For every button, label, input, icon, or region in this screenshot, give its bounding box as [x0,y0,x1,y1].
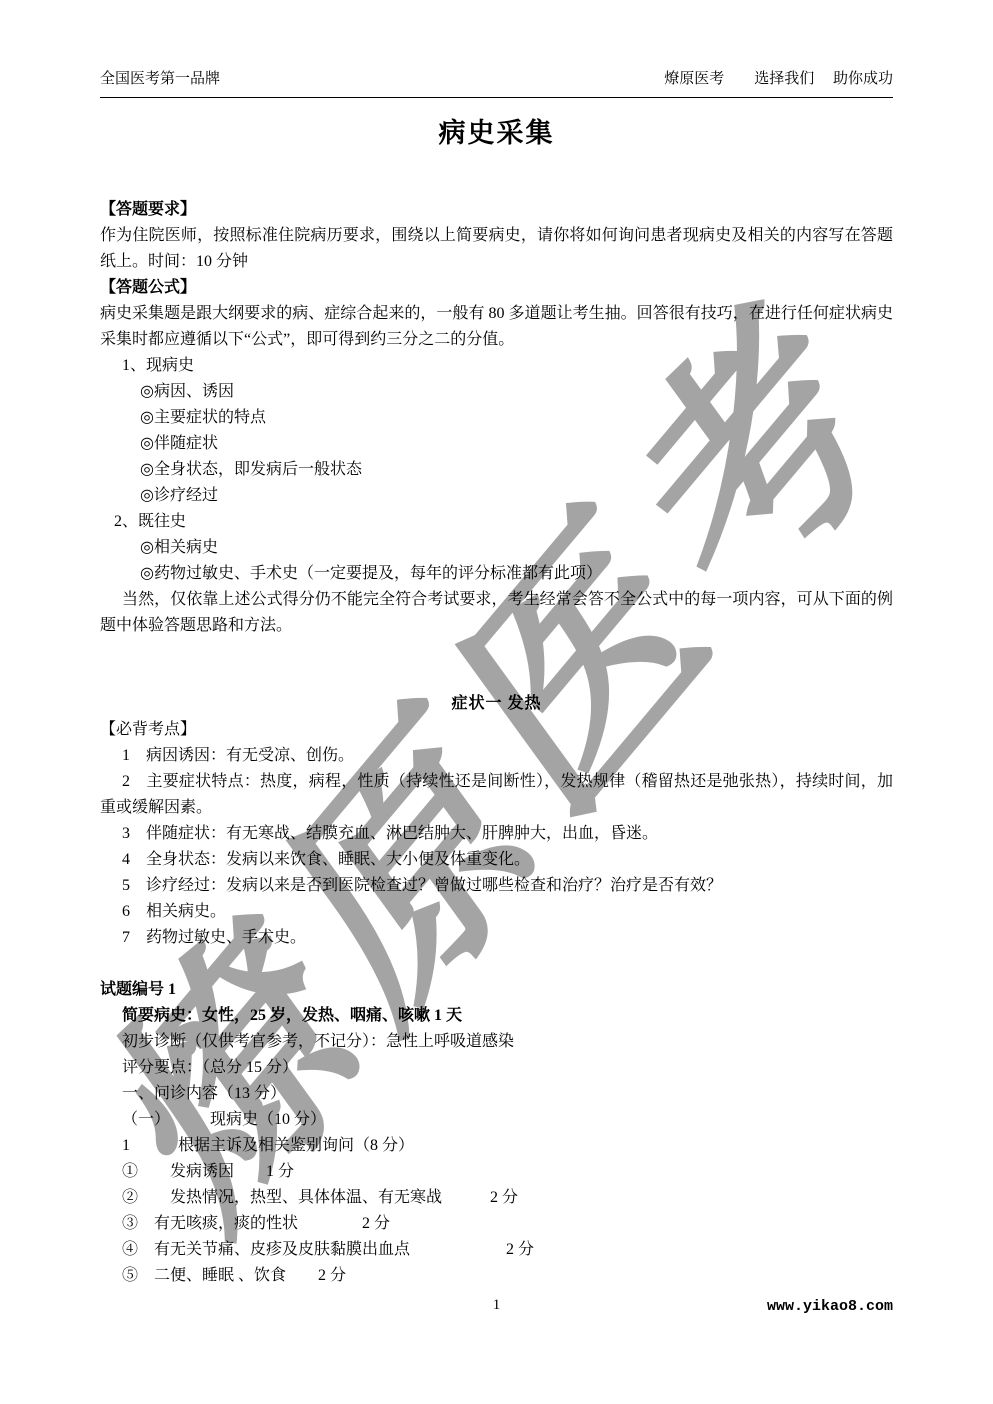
formula-outro: 当然，仅依靠上述公式得分仍不能完全符合考试要求，考生经常会答不全公式中的每一项内… [100,587,893,639]
question1-line: 1 根据主诉及相关鉴别询问（8 分） [122,1133,893,1159]
question1-line: ② 发热情况，热型、具体体温、有无寒战 2 分 [122,1185,893,1211]
key-point: 2 主要症状特点：热度，病程，性质（持续性还是间断性），发热规律（稽留热还是弛张… [100,769,893,821]
question1-line: 一、问诊内容（13 分） [122,1081,893,1107]
key-point: 1 病因诱因：有无受凉、创伤。 [100,743,893,769]
question1-line: 初步诊断（仅供考官参考，不记分）：急性上呼吸道感染 [122,1029,893,1055]
question1-heading: 试题编号 1 [100,977,893,1003]
question1-line: ① 发病诱因 1 分 [122,1159,893,1185]
formula-heading: 【答题公式】 [100,275,893,301]
formula-list-item: ◎药物过敏史、手术史（一定要提及，每年的评分标准都有此项） [100,561,893,587]
question1-line: ⑤ 二便、睡眠 、饮食 2 分 [122,1263,893,1289]
question1-block: 简要病史：女性，25 岁，发热、咽痛、咳嗽 1 天 初步诊断（仅供考官参考，不记… [100,1003,893,1289]
question1-line: ③ 有无咳痰，痰的性状 2 分 [122,1211,893,1237]
question1-line: 评分要点：（总分 15 分） [122,1055,893,1081]
formula-list-item: ◎全身状态，即发病后一般状态 [100,457,893,483]
formula-list-item: ◎诊疗经过 [100,483,893,509]
key-point: 4 全身状态：发病以来饮食、睡眠、大小便及体重变化。 [100,847,893,873]
website-url: www.yikao8.com [767,1296,893,1318]
requirements-heading: 【答题要求】 [100,197,893,223]
key-point: 5 诊疗经过：发病以来是否到医院检查过？曾做过哪些检查和治疗？治疗是否有效？ [100,873,893,899]
key-point: 7 药物过敏史、手术史。 [100,925,893,951]
requirements-body: 作为住院医师，按照标准住院病历要求，围绕以上简要病史，请你将如何询问患者现病史及… [100,223,893,275]
formula-list-item: ◎主要症状的特点 [100,405,893,431]
formula-list-item: ◎相关病史 [100,535,893,561]
formula-list-label-present-illness: 1、现病史 [100,353,893,379]
key-points-heading: 【必背考点】 [100,717,893,743]
formula-intro: 病史采集题是跟大纲要求的病、症综合起来的，一般有 80 多道题让考生抽。回答很有… [100,301,893,353]
formula-list-item: ◎伴随症状 [100,431,893,457]
question1-line: （一） 现病史（10 分） [122,1107,893,1133]
formula-list-label-past-history: 2、既往史 [100,509,893,535]
question1-line: ④ 有无关节痛、皮疹及皮肤黏膜出血点 2 分 [122,1237,893,1263]
page-title: 病史采集 [100,112,893,154]
document-page: 燎原医考 全国医考第一品牌 燎原医考 选择我们 助你成功 病史采集 【答题要求】… [0,0,993,1404]
page-footer: 1 www.yikao8.com [100,1294,893,1316]
symptom-section-heading: 症状一 发热 [100,691,893,717]
formula-list-item: ◎病因、诱因 [100,379,893,405]
question1-brief-history: 简要病史：女性，25 岁，发热、咽痛、咳嗽 1 天 [122,1003,893,1029]
key-point: 3 伴随症状：有无寒战、结膜充血、淋巴结肿大、肝脾肿大，出血，昏迷。 [100,821,893,847]
document-body: 病史采集 【答题要求】 作为住院医师，按照标准住院病历要求，围绕以上简要病史，请… [0,0,993,1289]
key-point: 6 相关病史。 [100,899,893,925]
